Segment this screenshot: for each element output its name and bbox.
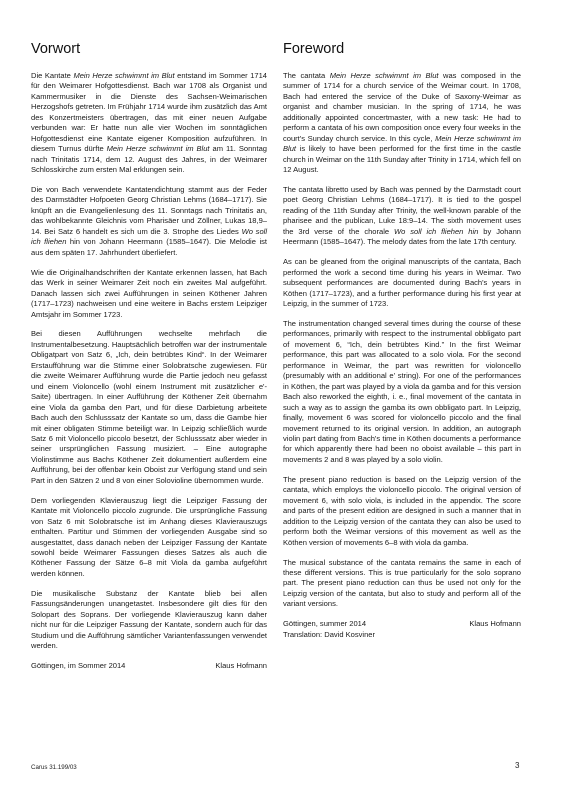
paragraph: Die musikalische Substanz der Kantate bl… (31, 589, 267, 652)
paragraph: The musical substance of the cantata rem… (283, 558, 521, 610)
paragraph: The present piano reduction is based on … (283, 475, 521, 548)
vorwort-heading: Vorwort (31, 40, 267, 58)
work-title: Wo soll ich fliehen hin (394, 227, 478, 236)
paragraph: Bei diesen Aufführungen wechselte mehrfa… (31, 329, 267, 486)
catalog-number: Carus 31.199/03 (31, 764, 77, 771)
english-place-date: Göttingen, summer 2014 (283, 619, 366, 629)
paragraph: The cantata Mein Herze schwimmt im Blut … (283, 71, 521, 176)
paragraph: Die von Bach verwendete Kantatendichtung… (31, 185, 267, 258)
translation-credit: Translation: David Kosviner (283, 630, 521, 640)
work-title: Mein Herze schwimmt im Blut (73, 71, 174, 80)
german-signature: Göttingen, im Sommer 2014 Klaus Hofmann (31, 661, 267, 671)
german-author: Klaus Hofmann (215, 661, 267, 671)
paragraph: As can be gleaned from the original manu… (283, 257, 521, 309)
paragraph: The instrumentation changed several time… (283, 319, 521, 465)
german-place-date: Göttingen, im Sommer 2014 (31, 661, 125, 671)
work-title: Wo soll ich fliehen (31, 227, 267, 246)
german-column: Vorwort Die Kantate Mein Herze schwimmt … (31, 40, 267, 672)
english-body: The cantata Mein Herze schwimmt im Blut … (283, 71, 521, 610)
paragraph: Die Kantate Mein Herze schwimmt im Blut … (31, 71, 267, 176)
work-title: Mein Herze schwimmt im Blut (107, 144, 210, 153)
english-author: Klaus Hofmann (469, 619, 521, 629)
work-title: Mein Herze schwimmt im Blut (283, 134, 521, 153)
page-number: 3 (515, 761, 519, 770)
paragraph: Wie die Originalhandschriften der Kantat… (31, 268, 267, 320)
english-column: Foreword The cantata Mein Herze schwimmt… (283, 40, 521, 640)
german-body: Die Kantate Mein Herze schwimmt im Blut … (31, 71, 267, 652)
work-title: Mein Herze schwimmt im Blut (330, 71, 439, 80)
english-signature: Göttingen, summer 2014 Klaus Hofmann (283, 619, 521, 629)
paragraph: The cantata libretto used by Bach was pe… (283, 185, 521, 248)
foreword-heading: Foreword (283, 40, 521, 58)
paragraph: Dem vorliegenden Klavierauszug liegt die… (31, 496, 267, 580)
